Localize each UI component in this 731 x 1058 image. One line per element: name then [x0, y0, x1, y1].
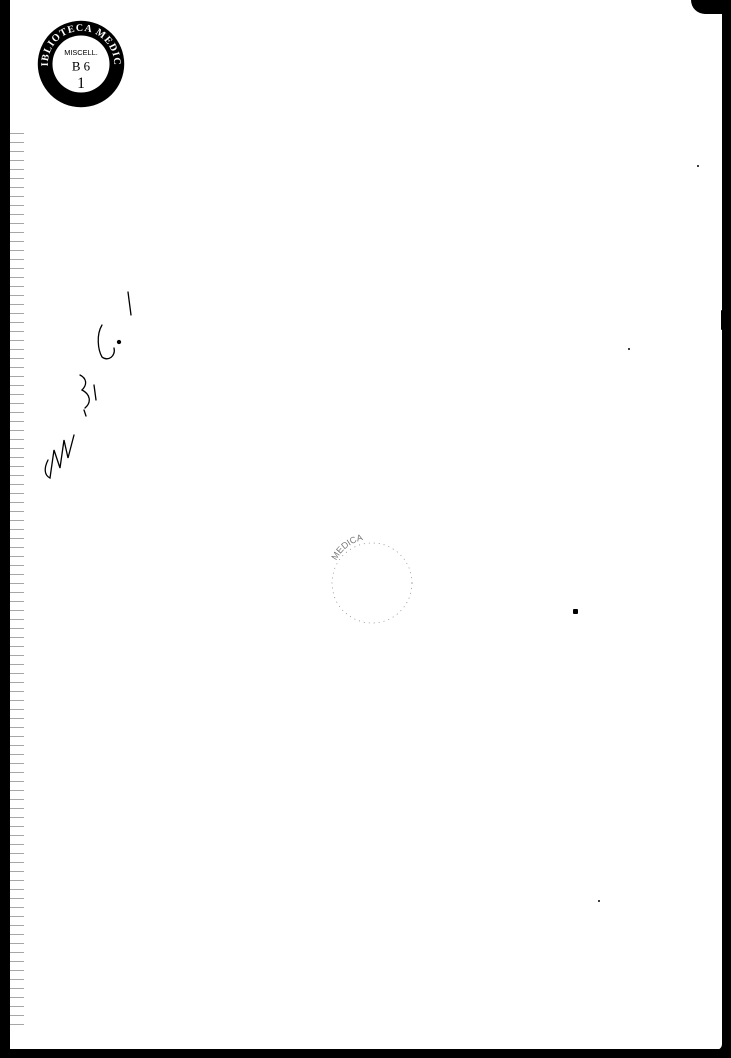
- library-stamp: BIBLIOTECA MEDICA ROMA MISCELL. B 6 1: [35, 18, 127, 110]
- stamp-inner-line-2: B 6: [72, 59, 91, 73]
- scan-bottom-border: [0, 1049, 731, 1058]
- scan-edge-noise: [10, 130, 24, 1030]
- svg-text:MEDICA: MEDICA: [329, 532, 363, 561]
- book-page: [10, 0, 722, 1050]
- stamp-inner-line-1: MISCELL.: [64, 48, 98, 57]
- ink-speck: [628, 348, 630, 350]
- ghost-stamp-text: MEDICA: [329, 532, 363, 561]
- scan-right-border: [722, 10, 731, 1058]
- ink-speck: [721, 310, 723, 330]
- stamp-inner-line-3: 1: [77, 75, 85, 92]
- faint-stamp-impression: MEDICA: [322, 528, 422, 628]
- ink-speck: [573, 609, 578, 614]
- ink-speck: [598, 900, 600, 902]
- ink-speck: [697, 165, 699, 167]
- handwritten-shelfmark: [30, 290, 150, 490]
